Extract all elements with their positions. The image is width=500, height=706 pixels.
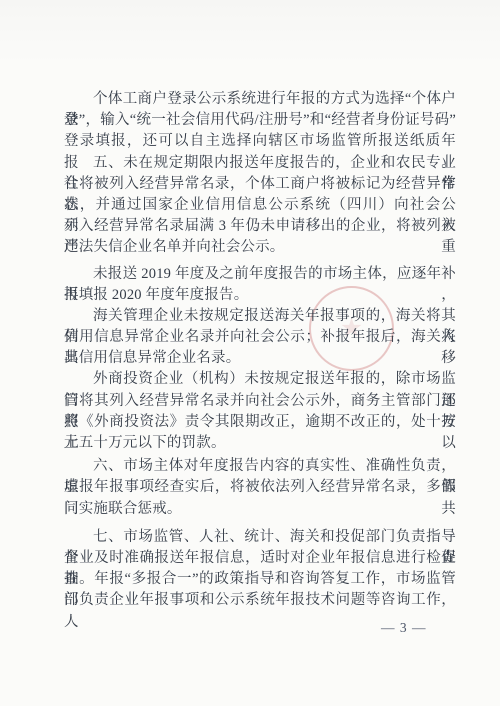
text-line: 六、市场主体对年度报告内容的真实性、准确性负责，虚假 [64,456,456,477]
text-line: 未报送 2019 年度及之前年度报告的市场主体，应逐年补报， [64,264,456,285]
text-line: 态，并通过国家企业信用信息公示系统（四川）向社会公示。被 [64,195,456,216]
text-line: 门负责企业年报事项和公示系统年报技术问题等咨询工作，人 [64,590,456,611]
text-line: 企业及时准确报送年报信息，适时对企业年报信息进行检查抽 [64,548,456,569]
text-line: 录”，输入“统一社会信用代码/注册号”和“经营者身份证号码” [64,110,456,131]
text-line: 登录填报，还可以自主选择向辖区市场监管所报送纸质年报。 [64,131,456,152]
text-line: 五、未在规定期限内报送年度报告的，企业和农民专业合作 [64,153,456,174]
text-line: 门将其列入经营异常名录并向社会公示外，商务主管部门还将按 [64,391,456,412]
text-line: 外商投资企业（机构）未按规定报送年报的，除市场监管部 [64,369,456,390]
text-line: 社将被列入经营异常名录，个体工商户将被标记为经营异常状 [64,174,456,195]
text-line: 填报年报事项经查实后，将被依法列入经营异常名录，多部门共 [64,477,456,498]
text-line: 七、市场监管、人社、统计、海关和投促部门负责指导督促 [64,527,456,548]
scan-shading [0,0,500,64]
page-number: — 3 — [381,619,441,637]
text-line: 海关管理企业未按规定报送海关年报事项的，海关将其列入 [64,306,456,327]
document-page: ★ 个体工商户登录公示系统进行年报的方式为选择“个体户登录”，输入“统一社会信用… [0,0,500,706]
text-line: 照《外商投资法》责令其限期改正，逾期不改正的，处十万元以 [64,412,456,433]
document-body: 个体工商户登录公示系统进行年报的方式为选择“个体户登录”，输入“统一社会信用代码… [64,89,456,612]
text-line: 信用信息异常企业名录并向社会公示；补报年报后，海关将其移 [64,327,456,348]
text-line: 列入经营异常名录届满 3 年仍未申请移出的企业，将被列入严重 [64,216,456,237]
text-line: 个体工商户登录公示系统进行年报的方式为选择“个体户登 [64,89,456,110]
text-line: 查。年报“多报合一”的政策指导和咨询答复工作，市场监管部 [64,569,456,590]
